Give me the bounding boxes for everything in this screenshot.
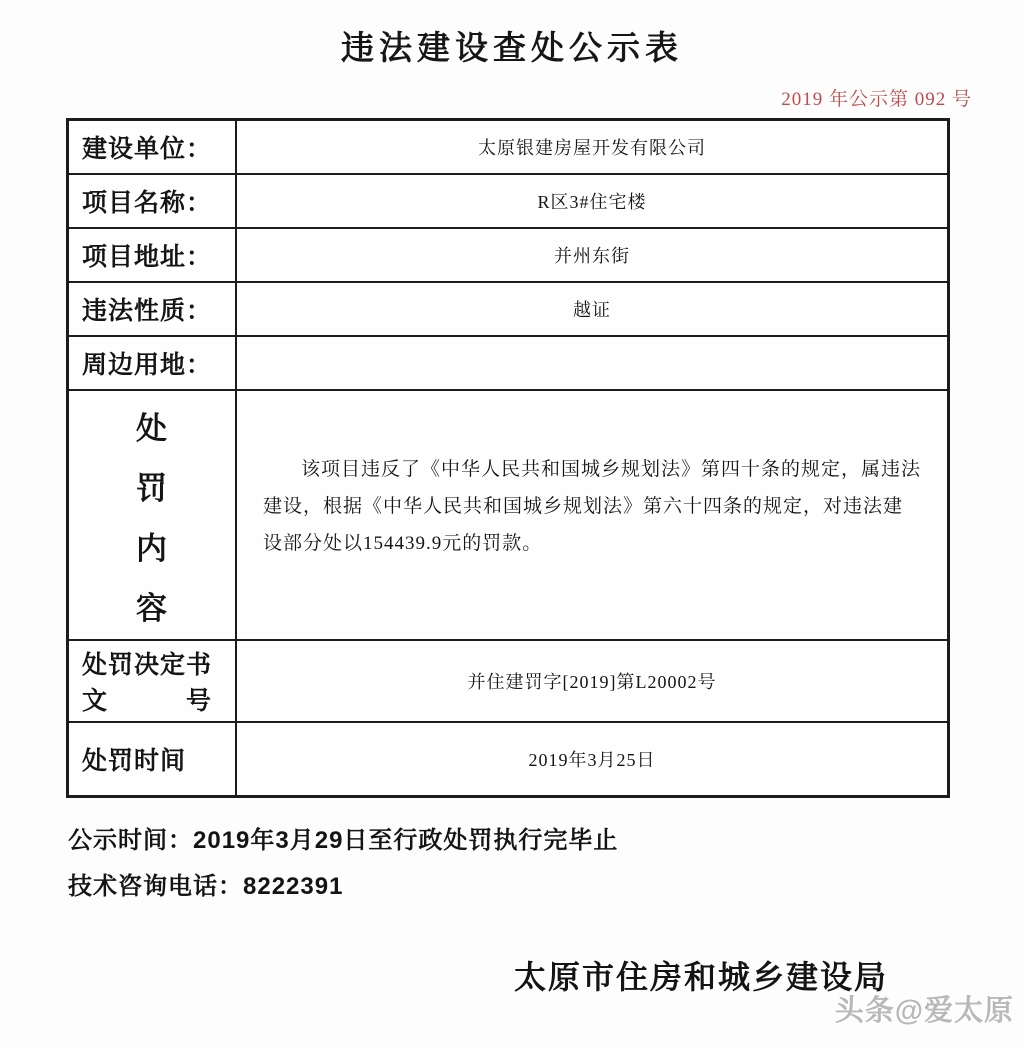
table-row-project-name: 项目名称： R区3#住宅楼 [69,175,947,229]
punishment-content-cell: 该项目违反了《中华人民共和国城乡规划法》第四十条的规定，属违法建设，根据《中华人… [237,391,947,639]
decision-doc-label-char: 号 [186,681,212,717]
punishment-time-label: 处罚时间 [69,723,237,795]
row-label: 周边用地： [69,337,237,389]
consult-phone-text: 技术咨询电话：8222391 [68,866,343,901]
row-label: 违法性质： [69,283,237,335]
decision-doc-label-char: 文 [82,681,108,717]
row-label: 项目名称： [69,175,237,227]
decision-doc-label: 处罚决定书 文 号 [69,641,237,721]
punishment-content-label: 处 罚 内 容 [69,391,237,639]
decision-doc-value: 并住建罚字[2019]第L20002号 [237,641,947,721]
row-value [237,337,947,389]
label-char: 处 [136,403,168,448]
table-row-surrounding-land: 周边用地： [69,337,947,391]
label-char: 容 [136,583,168,628]
table-row-construction-unit: 建设单位： 太原银建房屋开发有限公司 [69,121,947,175]
table-row-punishment-time: 处罚时间 2019年3月25日 [69,723,947,795]
decision-doc-label-line2: 文 号 [82,681,212,717]
row-value: 太原银建房屋开发有限公司 [237,121,947,173]
table-row-punishment-content: 处 罚 内 容 该项目违反了《中华人民共和国城乡规划法》第四十条的规定，属违法建… [69,391,947,641]
row-value: 并州东街 [237,229,947,281]
decision-doc-label-line1: 处罚决定书 [82,645,212,681]
publicity-period-text: 公示时间：2019年3月29日至行政处罚执行完毕止 [68,820,618,855]
label-char: 内 [136,523,168,568]
table-row-violation-nature: 违法性质： 越证 [69,283,947,337]
page-title: 违法建设查处公示表 [0,22,1024,69]
row-label: 项目地址： [69,229,237,281]
punishment-time-value: 2019年3月25日 [237,723,947,795]
table-row-project-address: 项目地址： 并州东街 [69,229,947,283]
decision-doc-label-lines: 处罚决定书 文 号 [82,645,212,717]
label-char: 罚 [136,463,168,508]
notice-number: 2019 年公示第 092 号 [781,84,972,111]
row-label: 建设单位： [69,121,237,173]
punishment-content-text: 该项目违反了《中华人民共和国城乡规划法》第四十条的规定，属违法建设，根据《中华人… [237,451,947,580]
table-row-decision-doc: 处罚决定书 文 号 并住建罚字[2019]第L20002号 [69,641,947,723]
row-value: 越证 [237,283,947,335]
row-value: R区3#住宅楼 [237,175,947,227]
notice-table: 建设单位： 太原银建房屋开发有限公司 项目名称： R区3#住宅楼 项目地址： 并… [66,118,950,798]
watermark-text: 头条@爱太原 [835,988,1014,1029]
agency-name: 太原市住房和城乡建设局 [514,952,888,998]
notice-document: 违法建设查处公示表 2019 年公示第 092 号 建设单位： 太原银建房屋开发… [0,0,1024,1047]
